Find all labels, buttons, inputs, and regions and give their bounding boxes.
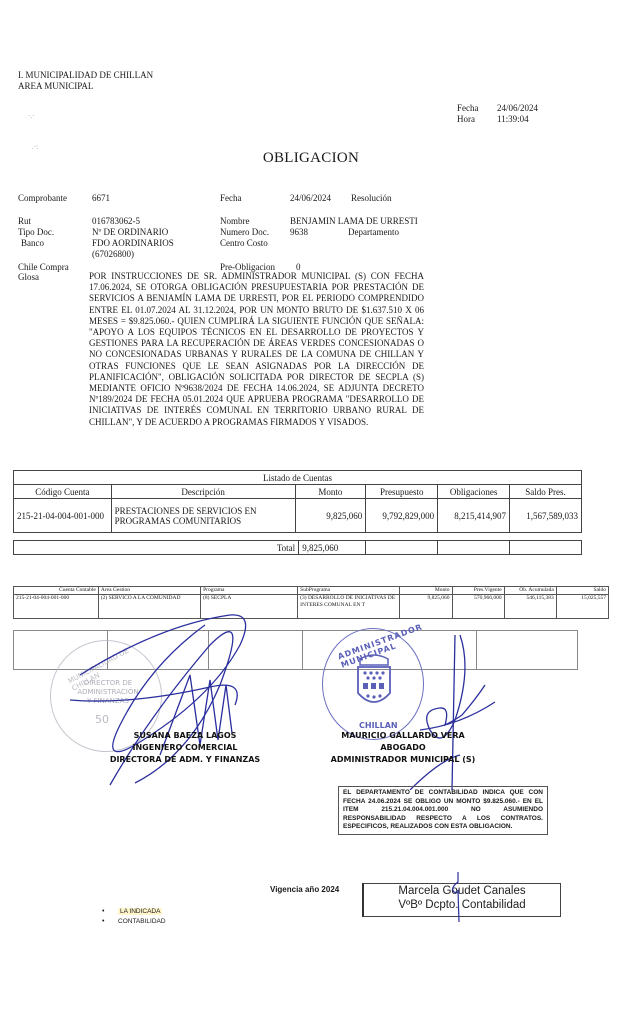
cell-monto: 9,825,060 xyxy=(295,499,366,533)
numero-doc-label: Numero Doc. xyxy=(220,227,269,238)
col-programa: Programa xyxy=(201,587,298,595)
banco-value-line2: (67026800) xyxy=(92,249,174,260)
cuentas-table-title: Listado de Cuentas xyxy=(14,471,582,485)
print-datetime: Fecha 24/06/2024 Hora 11:39:04 xyxy=(457,103,538,125)
col-subprograma: SubPrograma xyxy=(298,587,400,595)
col-saldo: Saldo xyxy=(556,587,608,595)
distribution-item: LA INDICADA xyxy=(102,907,166,917)
cell-saldo: 1,567,589,033 xyxy=(510,499,582,533)
fecha-value: 24/06/2024 xyxy=(290,193,331,204)
total-value: 9,825,060 xyxy=(299,541,366,555)
cell-subprograma: (3) DESARROLLO DE INICIATIVAS DE INTERES… xyxy=(298,595,400,619)
signer-name: SUSANA BAEZA LAGOS xyxy=(100,730,270,742)
signer-role: ADMINISTRADOR MUNICIPAL (S) xyxy=(308,754,498,766)
col-area-gestion: Area Gestion xyxy=(98,587,200,595)
col-cuenta-contable: Cuenta Contable xyxy=(14,587,99,595)
nombre-value: BENJAMIN LAMA DE URRESTI xyxy=(290,216,418,227)
rut-value: 016783062-5 xyxy=(92,216,140,227)
cell-presupuesto: 9,792,829,000 xyxy=(366,499,438,533)
distribution-list: LA INDICADA CONTABILIDAD xyxy=(102,907,166,927)
col-pres-vigente: Pres.Vigente xyxy=(452,587,504,595)
print-date-label: Fecha xyxy=(457,103,497,114)
comprobante-value: 6671 xyxy=(92,193,110,204)
total-empty xyxy=(365,541,437,555)
col-monto: Monto xyxy=(295,485,366,499)
signer-name: MAURICIO GALLARDO VERA xyxy=(308,730,498,742)
departamento-label: Departamento xyxy=(348,227,399,238)
cell-monto: 9,825,060 xyxy=(400,595,452,619)
col-monto: Monto xyxy=(400,587,452,595)
cell-obligaciones: 8,215,414,907 xyxy=(438,499,510,533)
coat-of-arms-icon xyxy=(355,653,393,711)
cuentas-header-row: Código Cuenta Descripción Monto Presupue… xyxy=(14,485,582,499)
signature-right-icon xyxy=(400,630,510,790)
total-table: Total 9,825,060 xyxy=(13,540,582,555)
banco-label: Banco xyxy=(21,238,44,249)
col-ob-acumulada: Ob. Acumulada xyxy=(504,587,556,595)
signature-block-right: MAURICIO GALLARDO VERA ABOGADO ADMINISTR… xyxy=(308,730,498,766)
tipo-doc-value: Nº DE ORDINARIO xyxy=(92,227,168,238)
centro-costo-label: Centro Costo xyxy=(220,238,268,249)
glosa-text: POR INSTRUCCIONES DE SR. ADMINISTRADOR M… xyxy=(89,271,424,428)
cuentas-table: Listado de Cuentas Código Cuenta Descrip… xyxy=(13,470,582,533)
banco-value-line1: FDO AORDINARIOS xyxy=(92,238,174,249)
total-empty xyxy=(437,541,509,555)
print-time-value: 11:39:04 xyxy=(497,114,529,125)
cell-saldo: 15,025,557 xyxy=(556,595,608,619)
scan-speck: ·.· xyxy=(28,112,34,120)
rut-label: Rut xyxy=(18,216,31,227)
col-obligaciones: Obligaciones xyxy=(438,485,510,499)
banco-value: FDO AORDINARIOS (67026800) xyxy=(92,238,174,260)
cell-codigo: 215-21-04-004-001-000 xyxy=(14,499,112,533)
comprobante-label: Comprobante xyxy=(18,193,67,204)
tipo-doc-label: Tipo Doc. xyxy=(18,227,54,238)
vigencia-label: Vigencia año 2024 xyxy=(270,885,339,894)
area-name: AREA MUNICIPAL xyxy=(18,81,153,92)
col-saldo: Saldo Pres. xyxy=(510,485,582,499)
total-label: Total xyxy=(14,541,299,555)
initials-mark-icon xyxy=(446,872,466,922)
contable-header-row: Cuenta Contable Area Gestion Programa Su… xyxy=(14,587,609,595)
signer-profession: ABOGADO xyxy=(308,742,498,754)
contabilidad-note: EL DEPARTAMENTO DE CONTABILIDAD INDICA Q… xyxy=(338,786,548,835)
table-row: 215-21-04-004-001-000 PRESTACIONES DE SE… xyxy=(14,499,582,533)
signature-block-left: SUSANA BAEZA LAGOS INGENIERO COMERCIAL D… xyxy=(100,730,270,766)
nombre-label: Nombre xyxy=(220,216,250,227)
col-presupuesto: Presupuesto xyxy=(366,485,438,499)
cell-descripcion: PRESTACIONES DE SERVICIOS EN PROGRAMAS C… xyxy=(111,499,295,533)
print-time-label: Hora xyxy=(457,114,497,125)
total-empty xyxy=(509,541,581,555)
header-institution-block: I. MUNICIPALIDAD DE CHILLAN AREA MUNICIP… xyxy=(18,70,153,92)
institution-name: I. MUNICIPALIDAD DE CHILLAN xyxy=(18,70,153,81)
fecha-label: Fecha xyxy=(220,193,242,204)
signer-profession: INGENIERO COMERCIAL xyxy=(100,742,270,754)
document-title: OBLIGACION xyxy=(0,150,622,167)
cell-ob-acumulada: 546,115,383 xyxy=(504,595,556,619)
resolucion-label: Resolución xyxy=(351,193,392,204)
col-codigo: Código Cuenta xyxy=(14,485,112,499)
stamp-ring-bottom: CHILLAN xyxy=(359,721,398,730)
col-descripcion: Descripción xyxy=(111,485,295,499)
numero-doc-value: 9638 xyxy=(290,227,308,238)
cell-pres-vigente: 570,966,000 xyxy=(452,595,504,619)
distribution-item: CONTABILIDAD xyxy=(102,917,166,927)
signer-role: DIRECTORA DE ADM. Y FINANZAS xyxy=(100,754,270,766)
glosa-label: Glosa xyxy=(18,272,39,283)
print-date-value: 24/06/2024 xyxy=(497,103,538,114)
